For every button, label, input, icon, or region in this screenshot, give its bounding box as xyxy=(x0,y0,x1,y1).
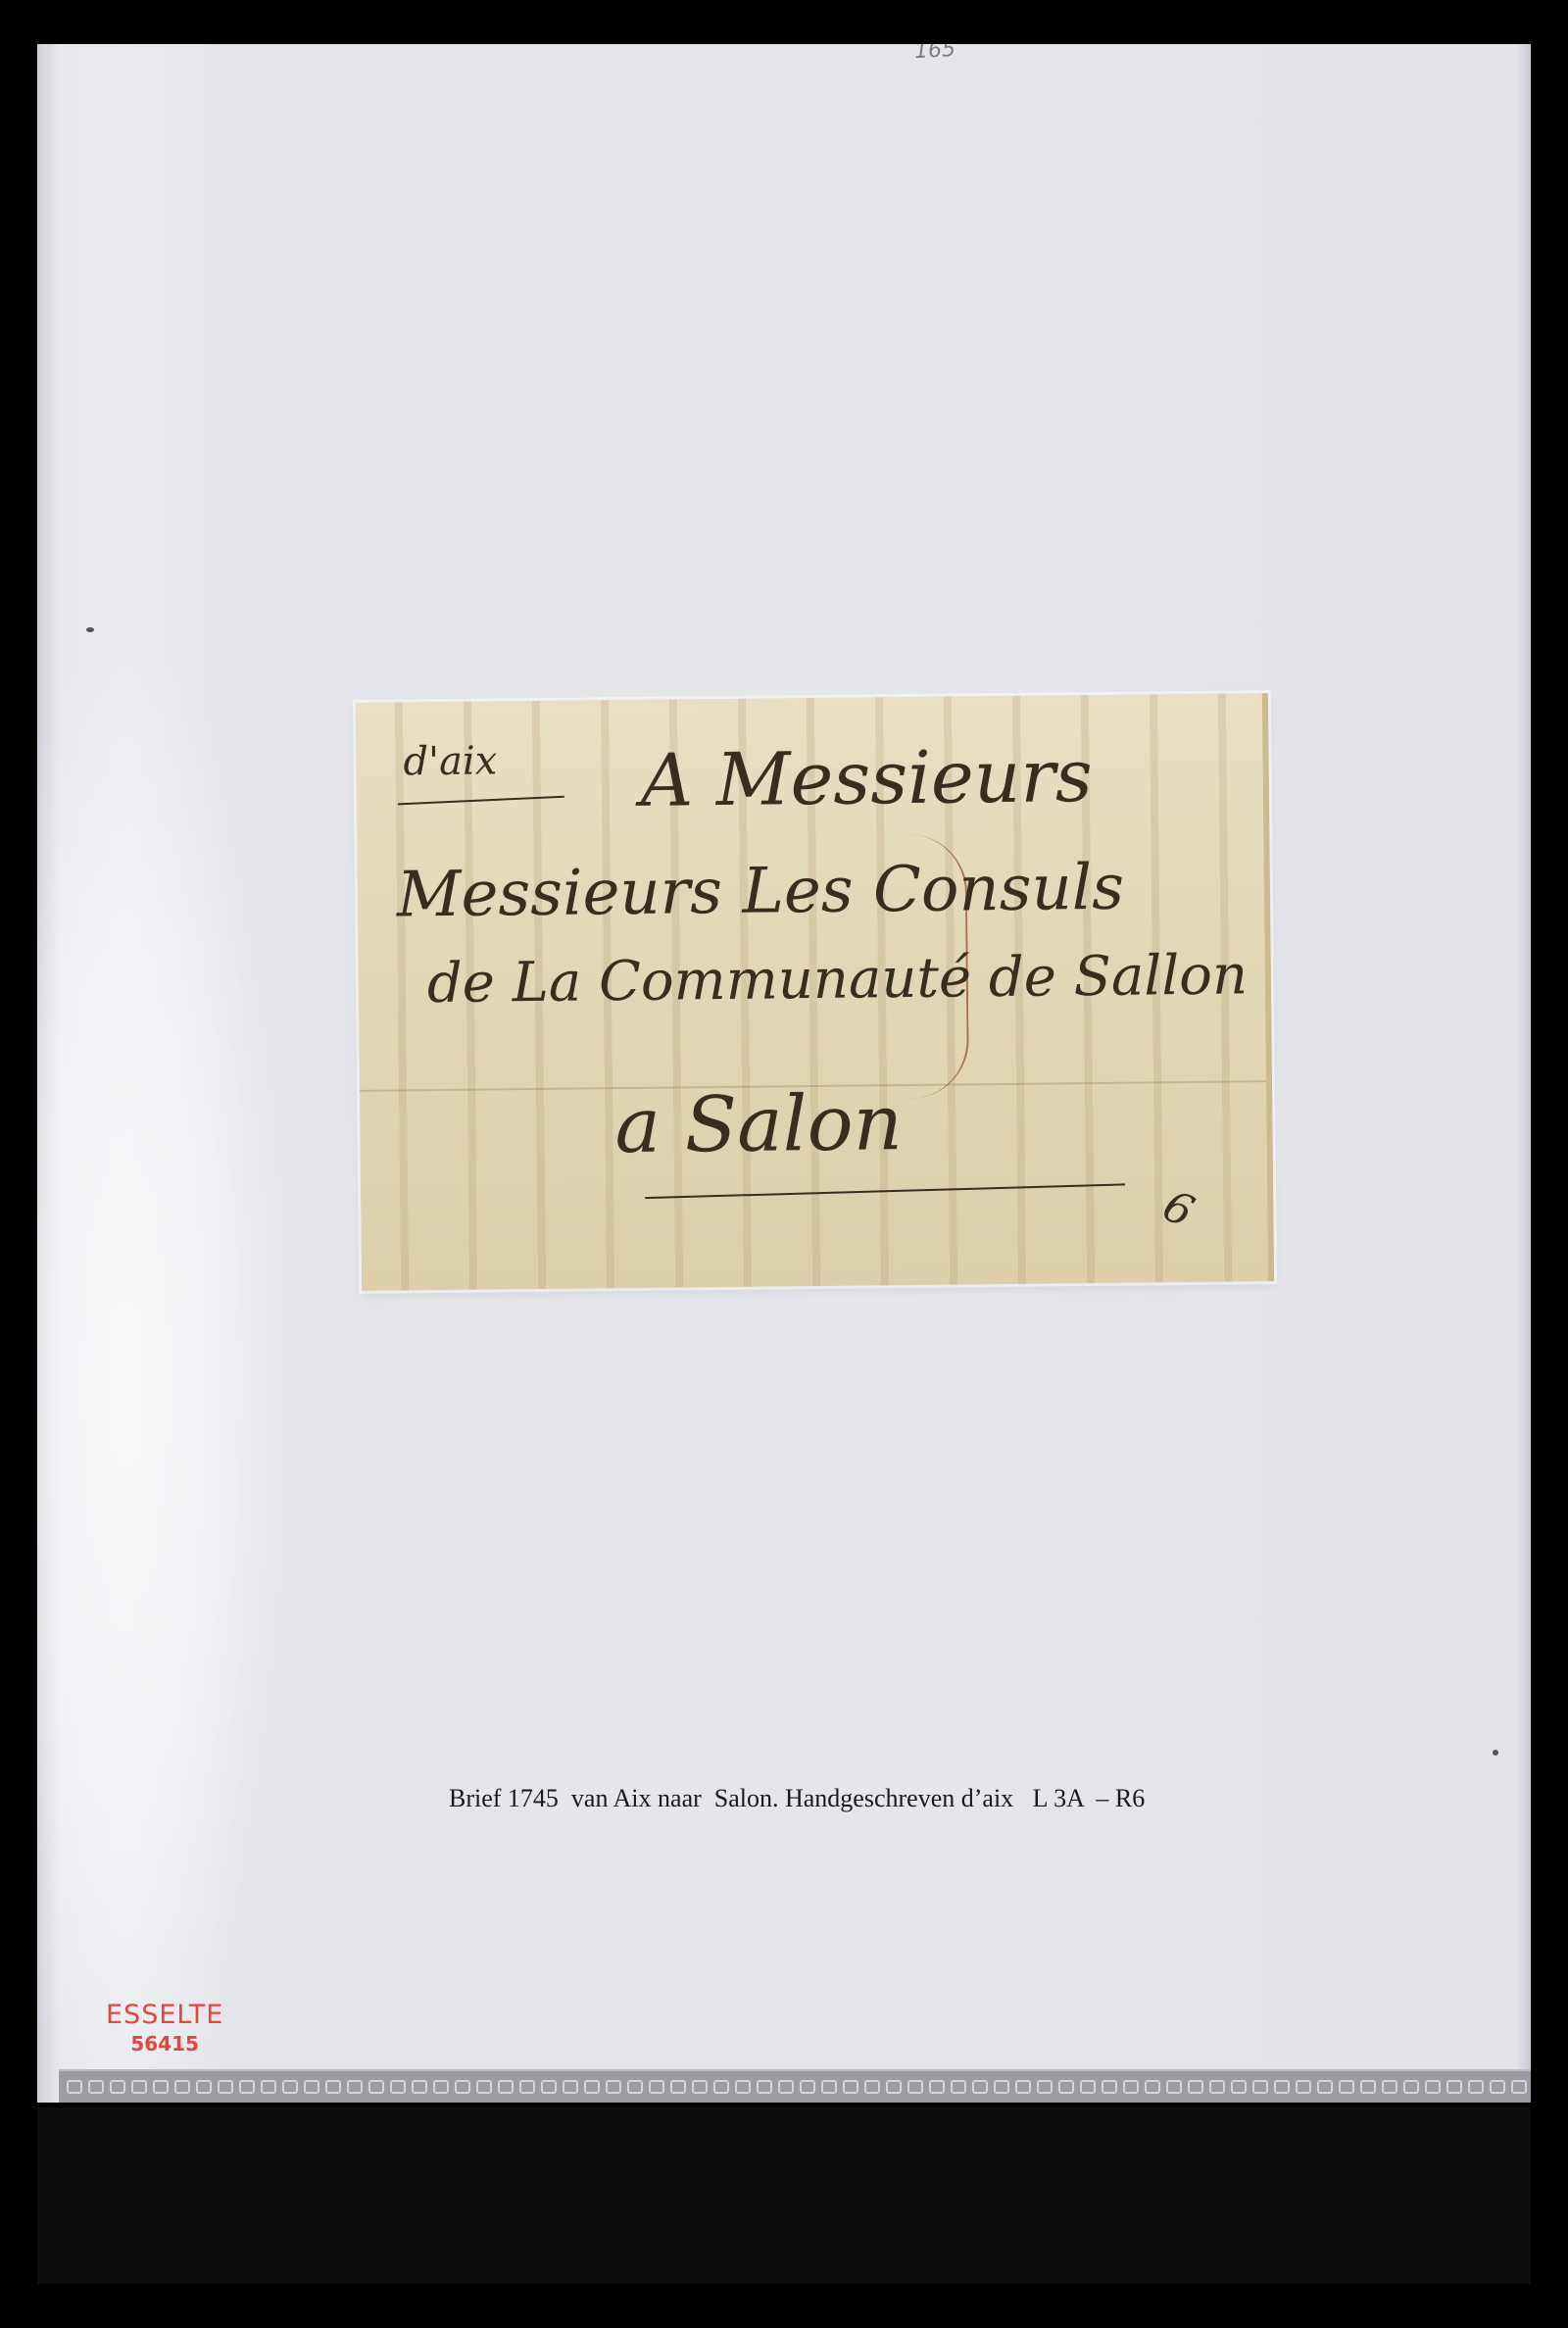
binding-hole xyxy=(131,2080,147,2094)
binding-hole xyxy=(1339,2080,1354,2094)
binding-hole xyxy=(541,2080,557,2094)
dust-speck xyxy=(86,627,94,632)
binding-hole xyxy=(778,2080,794,2094)
binding-hole xyxy=(972,2080,988,2094)
dust-speck xyxy=(1493,1750,1498,1756)
origin-mark: d'aix xyxy=(403,738,497,784)
binding-hole xyxy=(757,2080,772,2094)
binding-hole xyxy=(1425,2080,1441,2094)
origin-underline xyxy=(398,796,564,806)
binding-strip xyxy=(59,2069,1531,2103)
rate-mark: 6 xyxy=(1155,1181,1201,1238)
binding-hole xyxy=(153,2080,169,2094)
binding-hole xyxy=(1446,2080,1462,2094)
binding-hole xyxy=(304,2080,319,2094)
album-page: 165 d'aix A Messieurs Messieurs Les Cons… xyxy=(37,44,1531,2103)
binding-hole xyxy=(519,2080,535,2094)
binding-hole xyxy=(347,2080,363,2094)
binding-hole xyxy=(476,2080,492,2094)
binding-hole xyxy=(735,2080,751,2094)
binding-hole xyxy=(1296,2080,1311,2094)
binding-hole xyxy=(1468,2080,1484,2094)
address-line: a Salon xyxy=(614,1079,903,1170)
binding-hole xyxy=(1382,2080,1397,2094)
binding-hole xyxy=(455,2080,470,2094)
album-scan: 165 d'aix A Messieurs Messieurs Les Cons… xyxy=(0,0,1568,2328)
binding-hole xyxy=(1145,2080,1160,2094)
binding-hole xyxy=(1015,2080,1031,2094)
binding-hole xyxy=(261,2080,276,2094)
binding-hole xyxy=(282,2080,298,2094)
binding-hole xyxy=(325,2080,341,2094)
binding-hole xyxy=(713,2080,729,2094)
binding-hole xyxy=(67,2080,82,2094)
binding-hole xyxy=(196,2080,212,2094)
binding-hole xyxy=(88,2080,104,2094)
binding-hole xyxy=(1490,2080,1505,2094)
binding-hole xyxy=(886,2080,902,2094)
binding-hole xyxy=(1209,2080,1225,2094)
address-line: de La Communauté de Sallon xyxy=(427,943,1249,1015)
address-underline xyxy=(645,1183,1125,1199)
plastic-glare xyxy=(37,671,292,2093)
binding-hole xyxy=(110,2080,125,2094)
binding-hole xyxy=(670,2080,686,2094)
binding-hole xyxy=(1317,2080,1333,2094)
entire-letter-cover: d'aix A Messieurs Messieurs Les Consuls … xyxy=(356,693,1274,1291)
binding-hole xyxy=(1058,2080,1074,2094)
binding-hole xyxy=(584,2080,600,2094)
sheet-maker-stamp: ESSELTE 56415 xyxy=(106,2000,223,2056)
binding-hole xyxy=(368,2080,384,2094)
binding-hole xyxy=(1080,2080,1096,2094)
background-surface xyxy=(37,2107,1531,2284)
maker-code: 56415 xyxy=(106,2032,223,2056)
binding-hole xyxy=(1252,2080,1268,2094)
binding-hole xyxy=(800,2080,815,2094)
binding-hole xyxy=(412,2080,427,2094)
binding-hole xyxy=(907,2080,923,2094)
binding-hole xyxy=(929,2080,945,2094)
pencil-page-number: 165 xyxy=(913,44,955,64)
binding-hole xyxy=(239,2080,255,2094)
binding-hole xyxy=(174,2080,190,2094)
binding-hole xyxy=(390,2080,406,2094)
address-line: A Messieurs xyxy=(640,734,1093,823)
sheet-protector-right-edge xyxy=(1517,44,1531,2103)
binding-hole xyxy=(692,2080,708,2094)
page-caption: Brief 1745 van Aix naar Salon. Handgesch… xyxy=(449,1784,1145,1813)
binding-hole xyxy=(1274,2080,1290,2094)
binding-hole xyxy=(498,2080,514,2094)
binding-hole xyxy=(1188,2080,1203,2094)
binding-hole xyxy=(563,2080,578,2094)
binding-hole xyxy=(218,2080,233,2094)
binding-hole xyxy=(606,2080,621,2094)
binding-hole xyxy=(951,2080,966,2094)
address-line: Messieurs Les Consuls xyxy=(397,852,1125,932)
binding-hole xyxy=(994,2080,1009,2094)
binding-hole xyxy=(864,2080,880,2094)
binding-hole xyxy=(1037,2080,1053,2094)
binding-hole xyxy=(433,2080,449,2094)
binding-hole xyxy=(1403,2080,1419,2094)
binding-hole xyxy=(649,2080,664,2094)
binding-hole xyxy=(1102,2080,1117,2094)
binding-hole xyxy=(627,2080,643,2094)
maker-brand: ESSELTE xyxy=(106,2000,223,2030)
binding-hole xyxy=(1166,2080,1182,2094)
binding-hole xyxy=(1231,2080,1247,2094)
binding-hole xyxy=(843,2080,858,2094)
binding-hole xyxy=(1360,2080,1376,2094)
binding-hole xyxy=(1123,2080,1139,2094)
binding-hole xyxy=(821,2080,837,2094)
binding-hole xyxy=(1511,2080,1527,2094)
